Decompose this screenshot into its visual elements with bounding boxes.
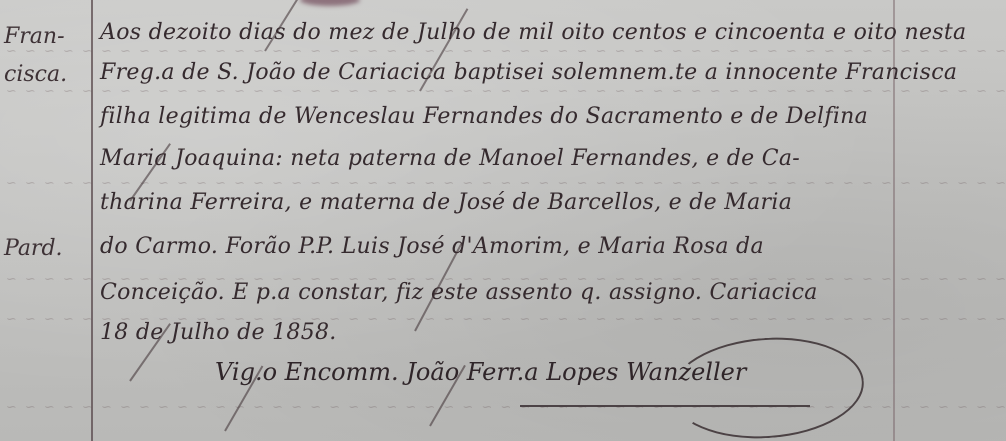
record-line-3: filha legitima de Wenceslau Fernandes do… <box>100 106 868 128</box>
manuscript-page: ~ ~ ~ ~ ~ ~ ~ ~ ~ ~ ~ ~ ~ ~ ~ ~ ~ ~ ~ ~ … <box>0 0 1006 441</box>
ink-stain <box>300 0 360 6</box>
record-line-2: Freg.a de S. João de Cariacica baptisei … <box>100 62 957 84</box>
record-line-5: tharina Ferreira, e materna de José de B… <box>100 192 792 214</box>
signature-underline <box>520 405 810 407</box>
signature-title: Vig.o Encomm. <box>215 358 399 386</box>
margin-note-name-part1: Fran- <box>4 26 65 48</box>
bleed-through-line: ~ ~ ~ ~ ~ ~ ~ ~ ~ ~ ~ ~ ~ ~ ~ ~ ~ ~ ~ ~ … <box>0 176 1006 186</box>
record-line-6: do Carmo. Forão P.P. Luis José d'Amorim,… <box>100 236 764 258</box>
record-line-4: Maria Joaquina: neta paterna de Manoel F… <box>100 148 800 170</box>
record-line-8-date: 18 de Julho de 1858. <box>100 322 337 344</box>
record-line-1: Aos dezoito dias do mez de Julho de mil … <box>100 22 966 44</box>
priest-signature: Vig.o Encomm. João Ferr.a Lopes Wanzelle… <box>215 358 746 386</box>
bleed-through-line: ~ ~ ~ ~ ~ ~ ~ ~ ~ ~ ~ ~ ~ ~ ~ ~ ~ ~ ~ ~ … <box>0 44 1006 54</box>
bleed-through-line: ~ ~ ~ ~ ~ ~ ~ ~ ~ ~ ~ ~ ~ ~ ~ ~ ~ ~ ~ ~ … <box>0 84 1006 94</box>
margin-note-status: Pard. <box>4 238 63 260</box>
margin-rule-left <box>91 0 93 441</box>
record-line-7: Conceição. E p.a constar, fiz este assen… <box>100 282 818 304</box>
margin-note-name-part2: cisca. <box>4 64 67 86</box>
signature-flourish <box>667 331 868 441</box>
